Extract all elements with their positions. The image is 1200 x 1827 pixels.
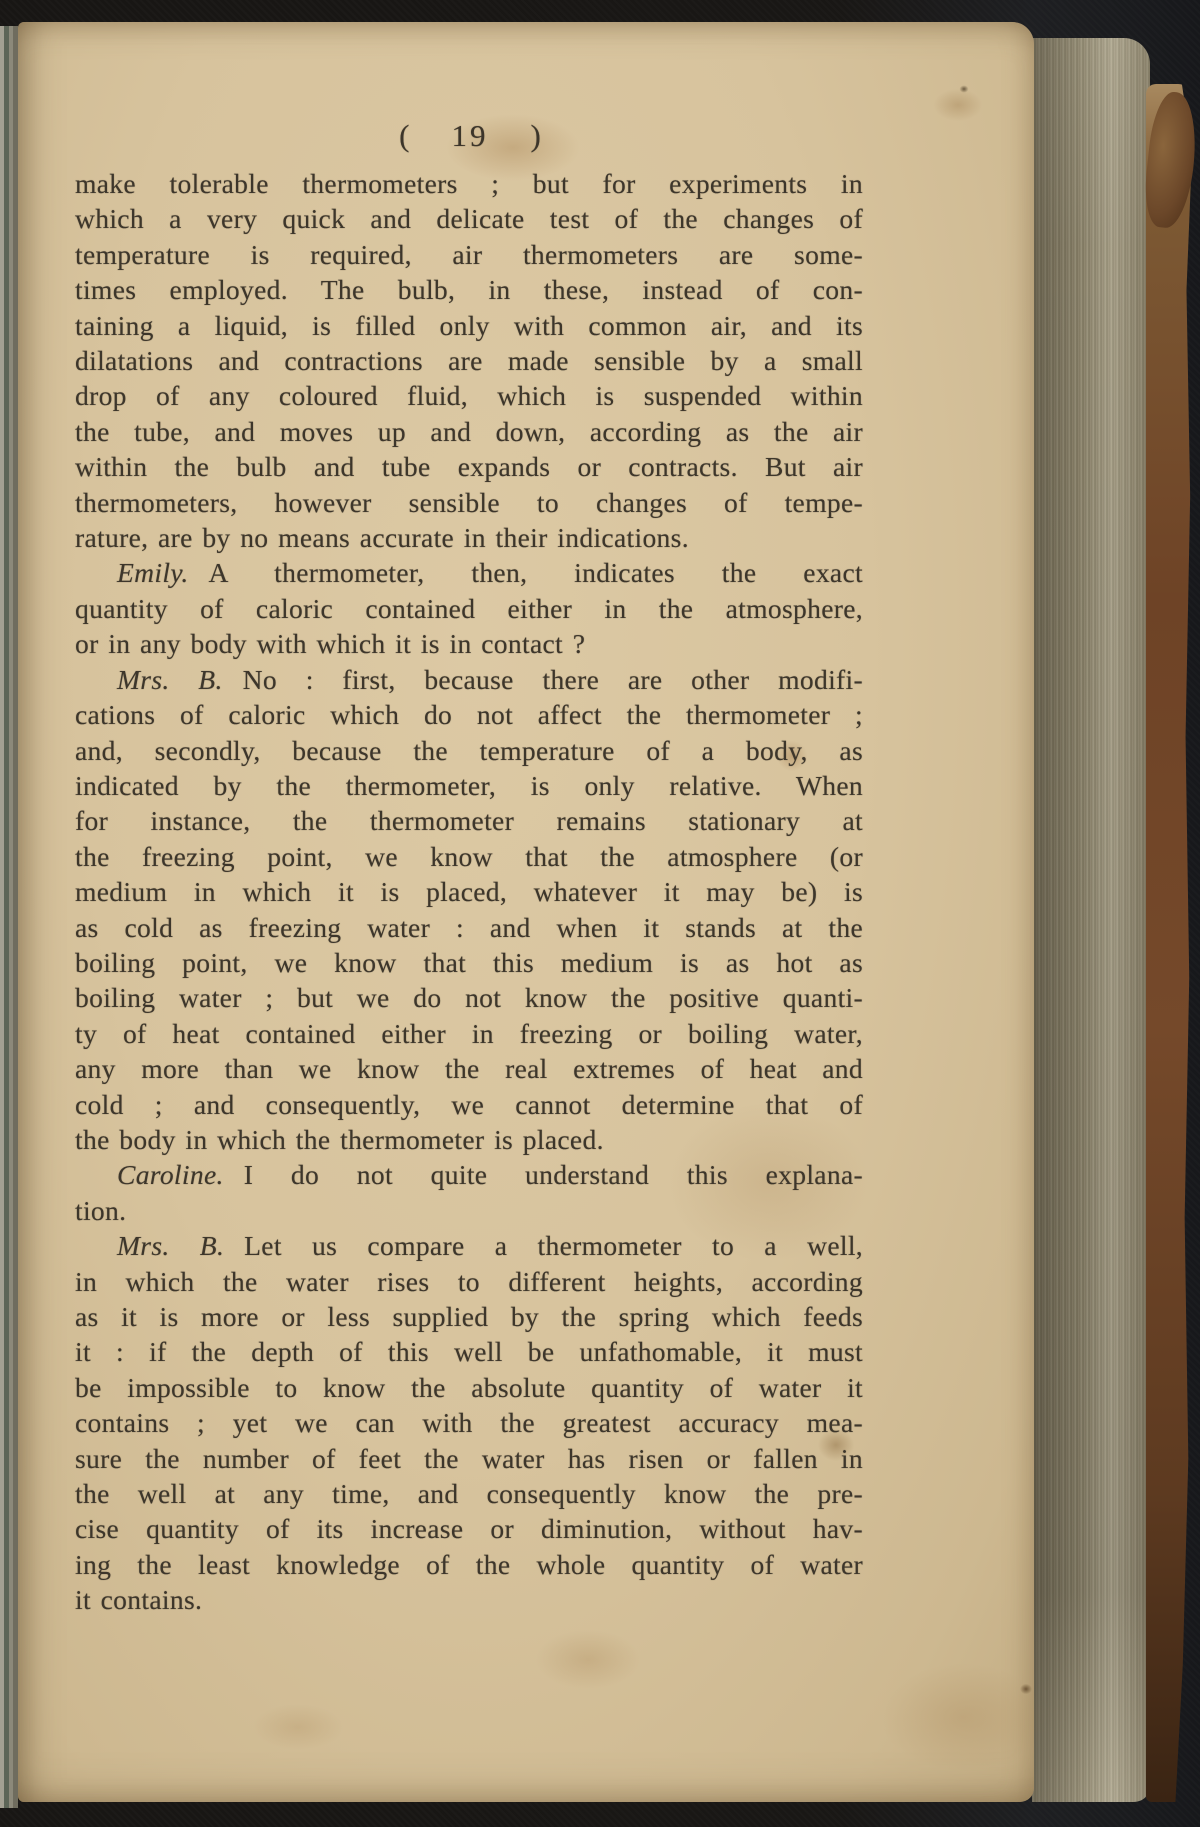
text-line: within the bulb and tube expands or cont… (75, 449, 863, 484)
text-line: be impossible to know the absolute quant… (75, 1370, 863, 1405)
text-line: Mrs. B.Let us compare a thermometer to a… (75, 1228, 863, 1263)
speaker-name: Caroline. (117, 1159, 224, 1190)
text-line: which a very quick and delicate test of … (75, 201, 863, 236)
text-line: medium in which it is placed, whatever i… (75, 874, 863, 909)
text-line: and, secondly, because the temperature o… (75, 733, 863, 768)
text-line: Mrs. B.No : first, because there are oth… (75, 662, 863, 697)
page-stack-fore-edge (1032, 38, 1150, 1802)
text-line: boiling point, we know that this medium … (75, 945, 863, 980)
text-line: cise quantity of its increase or diminut… (75, 1511, 863, 1546)
speaker-name: Mrs. B. (117, 1230, 224, 1261)
text-line: or in any body with which it is in conta… (75, 626, 863, 661)
text-line: Emily.A thermometer, then, indicates the… (75, 555, 863, 590)
inside-cover-edge (0, 26, 18, 1808)
text-line: any more than we know the real extremes … (75, 1051, 863, 1086)
text-line: sure the number of feet the water has ri… (75, 1441, 863, 1476)
header-open-paren: ( (399, 118, 409, 154)
leather-binding-edge (1146, 84, 1192, 1802)
text-line: quantity of caloric contained either in … (75, 591, 863, 626)
text-line: the well at any time, and consequently k… (75, 1476, 863, 1511)
stain (233, 1694, 363, 1760)
text-line: taining a liquid, is filled only with co… (75, 308, 863, 343)
text-line: contains ; yet we can with the greatest … (75, 1405, 863, 1440)
text-line: ty of heat contained either in freezing … (75, 1016, 863, 1051)
text-line: cations of caloric which do not affect t… (75, 697, 863, 732)
speaker-name: Mrs. B. (117, 664, 223, 695)
text-line: rature, are by no means accurate in thei… (75, 520, 863, 555)
text-line: ing the least knowledge of the whole qua… (75, 1547, 863, 1582)
text-line: Caroline.I do not quite understand this … (75, 1157, 863, 1192)
stain (513, 1617, 663, 1702)
text-line: times employed. The bulb, in these, inst… (75, 272, 863, 307)
stain (958, 84, 970, 94)
text-line: thermometers, however sensible to change… (75, 485, 863, 520)
speaker-name: Emily. (117, 557, 189, 588)
text-line: in which the water rises to different he… (75, 1264, 863, 1299)
text-line: temperature is required, air thermometer… (75, 237, 863, 272)
page-number: 19 (452, 118, 489, 154)
text-line: it contains. (75, 1582, 863, 1617)
text-line: as it is more or less supplied by the sp… (75, 1299, 863, 1334)
text-line: tion. (75, 1193, 863, 1228)
book-page: ( 19 ) make tolerable thermometers ; but… (18, 22, 1034, 1802)
stain (923, 82, 993, 128)
page-header: ( 19 ) (75, 118, 865, 154)
text-line: indicated by the thermometer, is only re… (75, 768, 863, 803)
stain (1018, 1682, 1034, 1696)
text-line: the freezing point, we know that the atm… (75, 839, 863, 874)
text-line: for instance, the thermometer remains st… (75, 803, 863, 838)
text-line: the tube, and moves up and down, accordi… (75, 414, 863, 449)
text-line: boiling water ; but we do not know the p… (75, 980, 863, 1015)
text-line: it : if the depth of this well be unfath… (75, 1334, 863, 1369)
text-block: make tolerable thermometers ; but for ex… (75, 166, 863, 1618)
text-line: make tolerable thermometers ; but for ex… (75, 166, 863, 201)
book-scan-photo: ( 19 ) make tolerable thermometers ; but… (0, 0, 1200, 1827)
text-line: cold ; and consequently, we cannot deter… (75, 1087, 863, 1122)
text-line: as cold as freezing water : and when it … (75, 910, 863, 945)
text-line: drop of any coloured fluid, which is sus… (75, 378, 863, 413)
text-line: dilatations and contractions are made se… (75, 343, 863, 378)
text-line: the body in which the thermometer is pla… (75, 1122, 863, 1157)
header-close-paren: ) (531, 118, 541, 154)
